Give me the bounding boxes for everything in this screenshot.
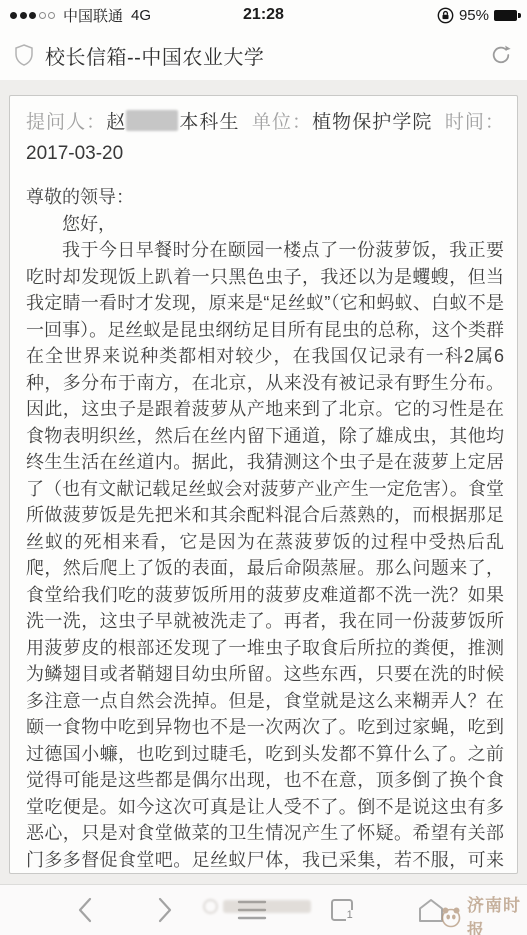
letter-body: 尊敬的领导： 您好， 我于今日早餐时分在颐园一楼点了一份菠萝饭，我正要吃时却发现… bbox=[26, 184, 504, 874]
signal-strength-icon bbox=[10, 12, 55, 19]
back-icon[interactable] bbox=[76, 896, 94, 924]
browser-title-bar: 校长信箱--中国农业大学 bbox=[0, 30, 527, 80]
time-value: 2017-03-20 bbox=[26, 143, 123, 164]
asker-name: 赵本科生 bbox=[106, 112, 239, 133]
web-page-background: 提问人：赵本科生 单位：植物保护学院 时间：2017-03-20 尊敬的领导： … bbox=[0, 80, 527, 884]
status-bar-left: 中国联通 4G bbox=[10, 5, 151, 26]
question-meta: 提问人：赵本科生 单位：植物保护学院 时间：2017-03-20 bbox=[26, 107, 504, 169]
status-bar-right: 95% bbox=[437, 7, 517, 24]
time-label: 时间： bbox=[445, 112, 504, 133]
letter-salutation: 尊敬的领导： bbox=[26, 184, 504, 211]
tab-count-badge: 1 bbox=[346, 910, 354, 921]
letter-paragraph: 我于今日早餐时分在颐园一楼点了一份菠萝饭，我正要吃时却发现饭上趴着一只黑色虫子，… bbox=[26, 237, 504, 874]
letter-card: 提问人：赵本科生 单位：植物保护学院 时间：2017-03-20 尊敬的领导： … bbox=[9, 95, 518, 874]
unit-value: 植物保护学院 bbox=[312, 112, 432, 133]
unit-label: 单位： bbox=[252, 112, 312, 133]
status-bar: 中国联通 4G 21:28 95% bbox=[0, 0, 527, 30]
refresh-icon[interactable] bbox=[489, 43, 513, 67]
browser-toolbar: 1 bbox=[0, 884, 527, 935]
asker-label: 提问人： bbox=[26, 112, 106, 133]
battery-icon bbox=[494, 10, 517, 21]
tabs-icon[interactable]: 1 bbox=[329, 897, 355, 923]
forward-icon[interactable] bbox=[156, 896, 174, 924]
network-type-label: 4G bbox=[131, 7, 151, 24]
home-icon[interactable] bbox=[417, 897, 445, 924]
page-title: 校长信箱--中国农业大学 bbox=[45, 41, 264, 70]
shield-icon bbox=[14, 44, 34, 66]
menu-icon[interactable] bbox=[237, 898, 267, 922]
letter-greeting: 您好， bbox=[26, 211, 504, 238]
redacted-name-blur bbox=[126, 110, 178, 131]
orientation-lock-icon bbox=[437, 7, 454, 24]
battery-percent: 95% bbox=[459, 7, 489, 24]
phone-screen: 中国联通 4G 21:28 95% 校长信箱--中国农业大学 bbox=[0, 0, 527, 935]
carrier-label: 中国联通 bbox=[63, 5, 123, 26]
